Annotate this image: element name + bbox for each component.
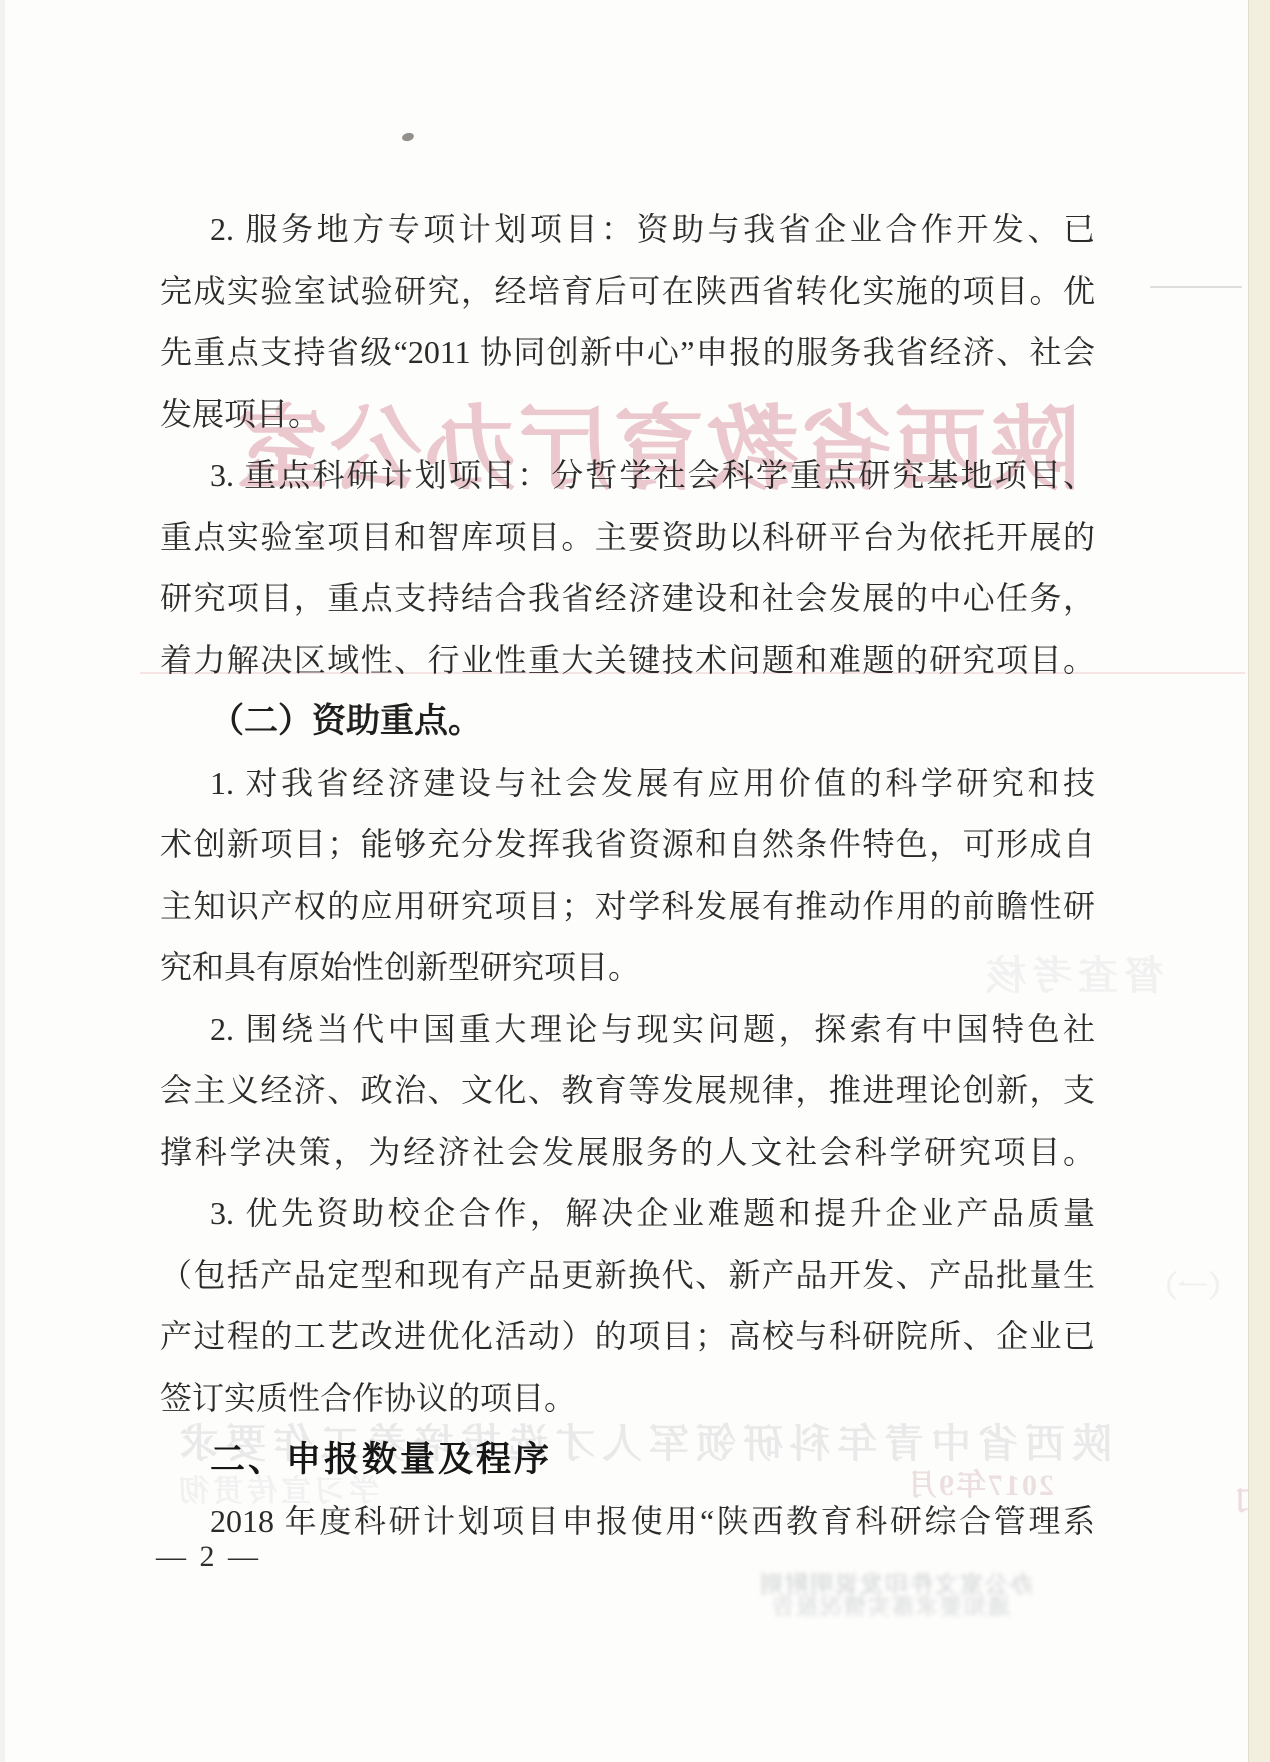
text-line: 研究项目，重点支持结合我省经济建设和社会发展的中心任务， [160, 568, 1095, 630]
text-line: 发展项目。 [160, 384, 1095, 446]
text-line: 术创新项目；能够充分发挥我省资源和自然条件特色，可形成自 [160, 814, 1095, 876]
page-number: — 2 — [156, 1540, 261, 1574]
scanned-document-page: 陕西省教育厅办公室 陕西省中青年科研领军人才选拔培养工作要求学习宣传贯彻2017… [0, 0, 1270, 1762]
text-line: 产过程的工艺改进优化活动）的项目；高校与科研院所、企业已 [160, 1306, 1095, 1368]
heading-line: （二）资助重点。 [160, 691, 1095, 753]
text-line: 主知识产权的应用研究项目；对学科发展有推动作用的前瞻性研 [160, 876, 1095, 938]
heading-line: 二、申报数量及程序 [160, 1429, 1095, 1491]
text-line: 着力解决区域性、行业性重大关键技术问题和难题的研究项目。 [160, 630, 1095, 692]
scan-artifact-gray-line [1150, 286, 1242, 288]
bleed-through-fragment: （一） [1148, 1262, 1238, 1306]
bleed-through-fragment: 办公室文件印发说明附则 [758, 1566, 1033, 1599]
text-line: 3. 优先资助校企合作，解决企业难题和提升企业产品质量 [160, 1183, 1095, 1245]
text-line: 3. 重点科研计划项目：分哲学社会科学重点研究基地项目、 [160, 445, 1095, 507]
document-body: 2. 服务地方专项计划项目：资助与我省企业合作开发、已完成实验室试验研究，经培育… [160, 199, 1095, 1552]
text-line: 会主义经济、政治、文化、教育等发展规律，推进理论创新，支 [160, 1060, 1095, 1122]
text-line: 2. 服务地方专项计划项目：资助与我省企业合作开发、已 [160, 199, 1095, 261]
scan-right-paper-edge [1248, 0, 1270, 1762]
text-line: 签订实质性合作协议的项目。 [160, 1368, 1095, 1430]
scan-left-edge [0, 0, 5, 1762]
text-line: 1. 对我省经济建设与社会发展有应用价值的科学研究和技 [160, 753, 1095, 815]
scan-speck [401, 132, 415, 143]
text-line: 重点实验室项目和智库项目。主要资助以科研平台为依托开展的 [160, 507, 1095, 569]
bleed-through-fragment: 通知要求落实情况报告 [770, 1590, 1010, 1621]
text-line: （包括产品定型和现有产品更新换代、新产品开发、产品批量生 [160, 1245, 1095, 1307]
text-line: 究和具有原始性创新型研究项目。 [160, 937, 1095, 999]
text-line: 撑科学决策，为经济社会发展服务的人文社会科学研究项目。 [160, 1122, 1095, 1184]
text-line: 2. 围绕当代中国重大理论与现实问题，探索有中国特色社 [160, 999, 1095, 1061]
text-line: 先重点支持省级“2011 协同创新中心”申报的服务我省经济、社会 [160, 322, 1095, 384]
text-line: 2018 年度科研计划项目申报使用“陕西教育科研综合管理系 [160, 1491, 1095, 1553]
text-line: 完成实验室试验研究，经培育后可在陕西省转化实施的项目。优 [160, 261, 1095, 323]
